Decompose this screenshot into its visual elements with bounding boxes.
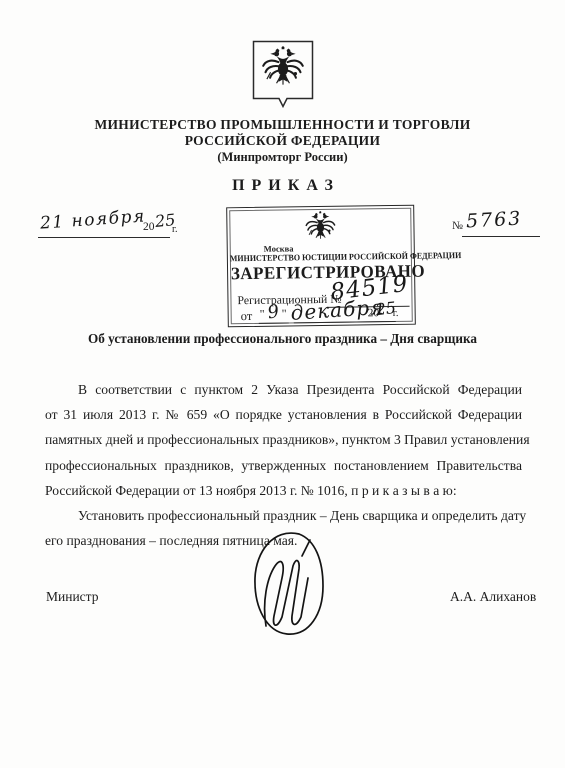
year-suffix: г. xyxy=(172,224,177,235)
ministry-header: МИНИСТЕРСТВО ПРОМЫШЛЕННОСТИ И ТОРГОВЛИ Р… xyxy=(0,116,565,165)
scanned-order-document: МИНИСТЕРСТВО ПРОМЫШЛЕННОСТИ И ТОРГОВЛИ Р… xyxy=(0,0,565,768)
state-emblem-icon xyxy=(252,40,314,110)
number-sign: № xyxy=(452,220,463,232)
ministry-short-name: (Минпромторг России) xyxy=(0,149,565,165)
justice-registration-stamp: Москва МИНИСТЕРСТВО ЮСТИЦИИ РОССИЙСКОЙ Ф… xyxy=(226,205,416,328)
stamp-month-underline xyxy=(294,321,396,323)
handwritten-order-number: 5763 xyxy=(465,208,522,233)
order-subject: Об установлении профессионального праздн… xyxy=(20,331,545,347)
body-line: памятных дней и профессиональных праздни… xyxy=(45,427,522,452)
handwritten-date: 21 ноября xyxy=(39,206,146,233)
signer-title: Министр xyxy=(46,589,98,605)
date-underline xyxy=(38,237,170,238)
body-line: от 31 июля 2013 г. № 659 «О порядке уста… xyxy=(45,402,522,427)
open-quote: " xyxy=(260,307,265,322)
signer-name: А.А. Алиханов xyxy=(450,589,536,605)
order-date-field: 21 ноября 20 25 г. xyxy=(38,210,208,246)
body-line: Российской Федерации от 13 ноября 2013 г… xyxy=(45,478,522,503)
order-number-field: № 5763 xyxy=(452,212,552,242)
body-line: В соответствии с пунктом 2 Указа Президе… xyxy=(45,377,522,402)
paragraph-legal-basis: В соответствии с пунктом 2 Указа Президе… xyxy=(45,377,522,503)
body-line: профессиональных праздников, утвержденны… xyxy=(45,453,522,478)
document-type-title: ПРИКАЗ xyxy=(0,177,565,195)
printed-year-prefix: 20 xyxy=(143,221,155,233)
minister-signature-icon xyxy=(239,526,339,644)
justice-emblem-icon xyxy=(304,211,337,244)
close-quote: " xyxy=(282,306,287,321)
number-underline xyxy=(462,236,540,237)
stamp-day-underline xyxy=(259,322,289,323)
ministry-name-line2: РОССИЙСКОЙ ФЕДЕРАЦИИ xyxy=(0,133,565,149)
ministry-name-line1: МИНИСТЕРСТВО ПРОМЫШЛЕННОСТИ И ТОРГОВЛИ xyxy=(0,116,565,133)
stamp-year-suffix: г. xyxy=(393,308,399,319)
stamp-from-label: от xyxy=(241,309,253,324)
body-line: Установить профессиональный праздник – Д… xyxy=(45,503,522,528)
